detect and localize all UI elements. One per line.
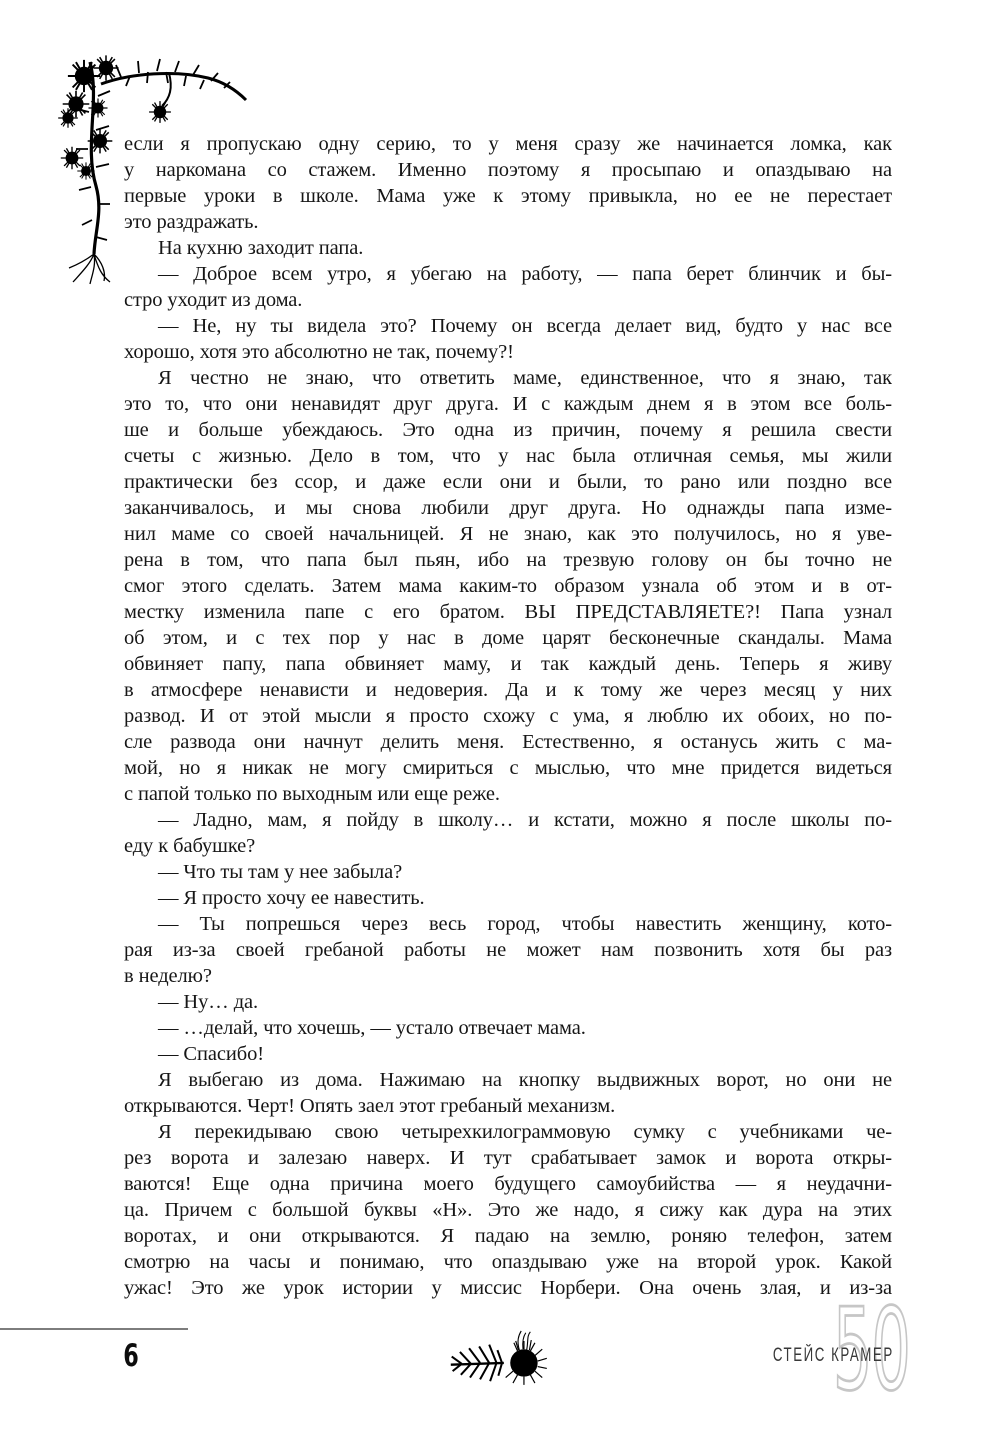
text-line: у наркомана со стажем. Именно поэтому я … [124, 157, 892, 183]
text-line: это раздражать. [124, 209, 892, 235]
text-line: хорошо, хотя это абсолютно не так, почем… [124, 339, 892, 365]
text-line: ше и больше убеждаюсь. Это одна из причи… [124, 417, 892, 443]
text-line: ваются! Еще одна причина моего будущего … [124, 1171, 892, 1197]
text-line: Я перекидываю свою четырехкилограммовую … [124, 1119, 892, 1145]
text-line: об этом, и с тех пор у нас в доме царят … [124, 625, 892, 651]
text-line: рена в том, что папа был пьян, ибо на тр… [124, 547, 892, 573]
text-line: местку изменила папе с его братом. ВЫ ПР… [124, 599, 892, 625]
text-line: — …делай, что хочешь, — устало отвечает … [124, 1015, 892, 1041]
text-line: рез ворота и залезаю наверх. И тут сраба… [124, 1145, 892, 1171]
text-line: смотрю на часы и понимаю, что опаздываю … [124, 1249, 892, 1275]
text-line: — Доброе всем утро, я убегаю на работу, … [124, 261, 892, 287]
text-line: — Не, ну ты видела это? Почему он всегда… [124, 313, 892, 339]
text-line: — Спасибо! [124, 1041, 892, 1067]
text-line: воротах, и они открываются. Я падаю на з… [124, 1223, 892, 1249]
text-line: — Я просто хочу ее навестить. [124, 885, 892, 911]
text-line: обвиняет папу, папа обвиняет маму, и так… [124, 651, 892, 677]
text-line: с папой только по выходным или еще реже. [124, 781, 892, 807]
text-line: еду к бабушке? [124, 833, 892, 859]
text-line: в неделю? [124, 963, 892, 989]
text-line: На кухню заходит папа. [124, 235, 892, 261]
text-line: практически без ссор, и даже если они и … [124, 469, 892, 495]
text-line: сле развода они начнут делить меня. Есте… [124, 729, 892, 755]
text-line: Я выбегаю из дома. Нажимаю на кнопку выд… [124, 1067, 892, 1093]
text-line: если я пропускаю одну серию, то у меня с… [124, 131, 892, 157]
text-line: заканчивалось, и мы снова любили друг др… [124, 495, 892, 521]
text-line: Я честно не знаю, что ответить маме, еди… [124, 365, 892, 391]
text-line: — Ладно, мам, я пойду в школу… и кстати,… [124, 807, 892, 833]
page-text: если я пропускаю одну серию, то у меня с… [124, 131, 892, 1301]
thistle-divider-icon [447, 1330, 557, 1394]
text-line: — Ты попрешься через весь город, чтобы н… [124, 911, 892, 937]
text-line: ца. Причем с большой буквы «Н». Это же н… [124, 1197, 892, 1223]
text-line: нил маме со своей начальницей. Я не знаю… [124, 521, 892, 547]
text-line: смог этого сделать. Затем мама каким-то … [124, 573, 892, 599]
text-line: это то, что они ненавидят друг друга. И … [124, 391, 892, 417]
text-line: мой, но я никак не могу смириться с мысл… [124, 755, 892, 781]
book-page: если я пропускаю одну серию, то у меня с… [0, 0, 986, 1447]
footer-rule [0, 1328, 188, 1330]
text-line: первые уроки в школе. Мама уже к этому п… [124, 183, 892, 209]
footer-author: СТЕЙС КРАМЕР [773, 1345, 894, 1367]
text-line: открываются. Черт! Опять заел этот греба… [124, 1093, 892, 1119]
text-line: ужас! Это же урок истории у миссис Норбе… [124, 1275, 892, 1301]
text-line: — Ну… да. [124, 989, 892, 1015]
text-line: в атмосфере ненависти и недоверия. Да и … [124, 677, 892, 703]
page-number: 6 [113, 1339, 149, 1373]
text-line: счеты с жизнью. Дело в том, что у нас бы… [124, 443, 892, 469]
text-line: развод. И от этой мысли я просто схожу с… [124, 703, 892, 729]
text-line: стро уходит из дома. [124, 287, 892, 313]
text-line: — Что ты там у нее забыла? [124, 859, 892, 885]
text-line: рая из-за своей гребаной работы не может… [124, 937, 892, 963]
